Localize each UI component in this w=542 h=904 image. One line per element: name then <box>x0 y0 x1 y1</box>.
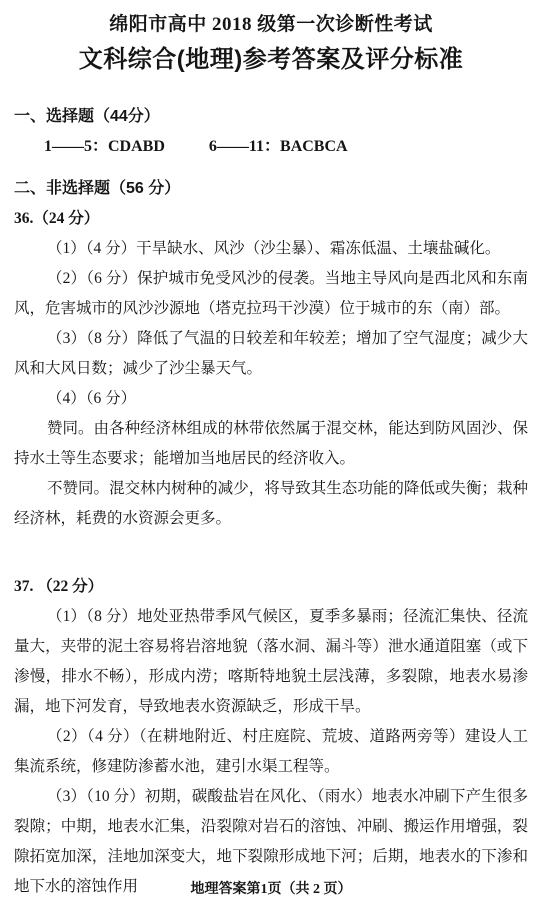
q36-answer-4-disagree: 不赞同。混交林内树种的减少，将导致其生态功能的降低或失衡；栽种经济林，耗费的水资… <box>14 474 528 534</box>
nonchoice-section-heading: 二、非选择题（56 分） <box>14 174 528 204</box>
q36-answer-1: （1）（4 分）干旱缺水、风沙（沙尘暴）、霜冻低温、土壤盐碱化。 <box>14 234 528 264</box>
exam-title: 绵阳市高中 2018 级第一次诊断性考试 <box>14 12 528 38</box>
choice-answers-line: 1——5：CDABD 6——11：BACBCA <box>14 132 528 162</box>
page-footer: 地理答案第1页（共 2 页） <box>0 878 542 898</box>
answers-6-11: 6——11：BACBCA <box>209 138 348 155</box>
q36-answer-4: （4）（6 分） <box>14 384 528 414</box>
q36-answer-3: （3）（8 分）降低了气温的日较差和年较差；增加了空气湿度；减少大风和大风日数；… <box>14 324 528 384</box>
q36-heading: 36.（24 分） <box>14 204 528 234</box>
question-36-block: 36.（24 分） （1）（4 分）干旱缺水、风沙（沙尘暴）、霜冻低温、土壤盐碱… <box>14 204 528 534</box>
q37-answer-1: （1）（8 分）地处亚热带季风气候区，夏季多暴雨；径流汇集快、径流量大，夹带的泥… <box>14 602 528 722</box>
document-page: 绵阳市高中 2018 级第一次诊断性考试 文科综合(地理)参考答案及评分标准 一… <box>0 0 542 904</box>
q37-answer-2: （2）（4 分）（在耕地附近、村庄庭院、荒坡、道路两旁等）建设人工集流系统，修建… <box>14 722 528 782</box>
q36-answer-4-agree: 赞同。由各种经济林组成的林带依然属于混交林，能达到防风固沙、保持水土等生态要求；… <box>14 414 528 474</box>
q36-answer-2: （2）（6 分）保护城市免受风沙的侵袭。当地主导风向是西北风和东南风，危害城市的… <box>14 264 528 324</box>
q37-heading: 37. （22 分） <box>14 572 528 602</box>
answers-1-5: 1——5：CDABD <box>44 138 165 155</box>
subject-title: 文科综合(地理)参考答案及评分标准 <box>14 44 528 76</box>
question-37-block: 37. （22 分） （1）（8 分）地处亚热带季风气候区，夏季多暴雨；径流汇集… <box>14 572 528 902</box>
choice-section-heading: 一、选择题（44分） <box>14 102 528 132</box>
